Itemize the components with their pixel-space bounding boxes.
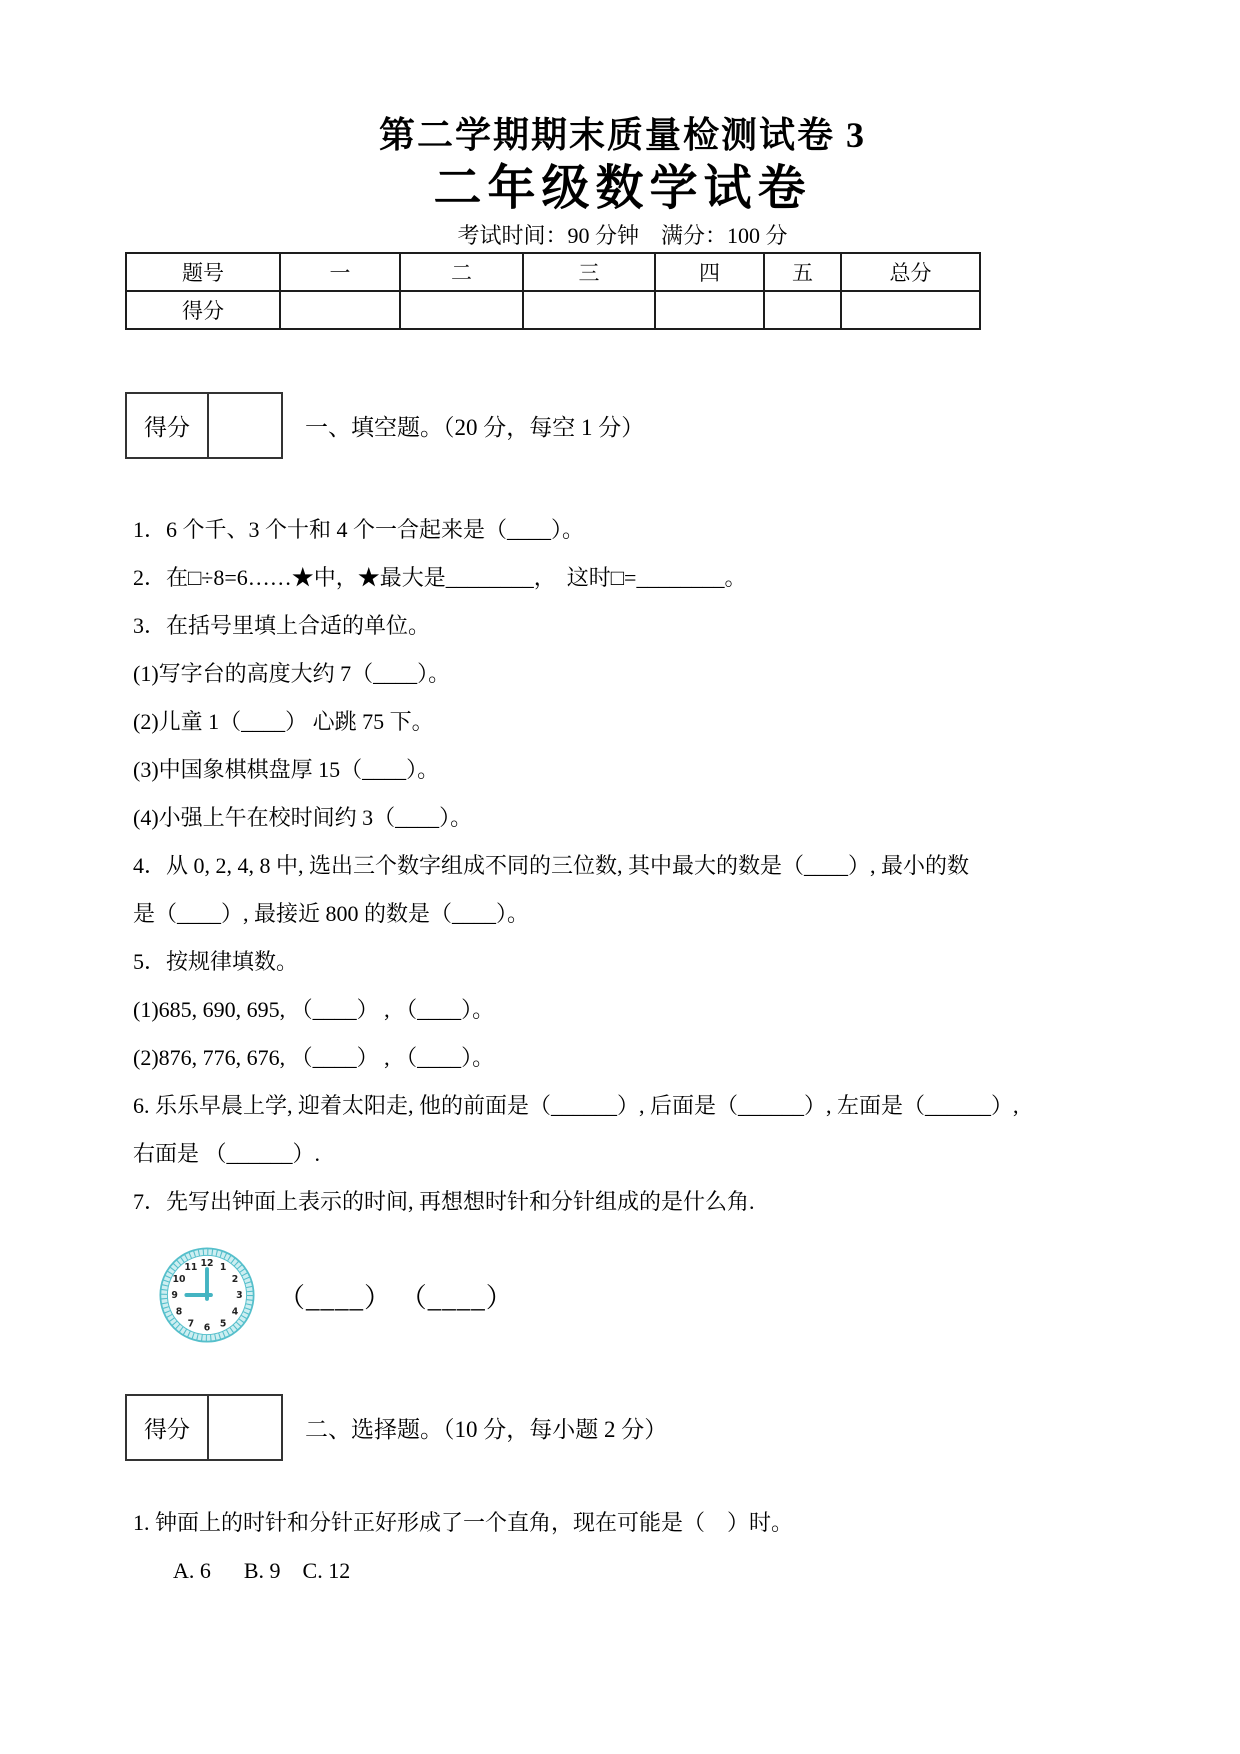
clock-number: 6 bbox=[204, 1323, 210, 1334]
clock-number: 5 bbox=[220, 1318, 226, 1329]
question-3-sub-3: (3)中国象棋棋盘厚 15（____）。 bbox=[133, 746, 1120, 794]
section-1-heading: 一、填空题。（20 分，每空 1 分） bbox=[305, 409, 644, 442]
clock-number: 11 bbox=[184, 1262, 197, 1273]
score-summary-table: 题号 一 二 三 四 五 总分 得分 bbox=[125, 252, 981, 330]
page-title: 第二学期期末质量检测试卷 3 bbox=[125, 112, 1120, 158]
question-4-line-2: 是（____）, 最接近 800 的数是（____）。 bbox=[133, 890, 1120, 938]
question-4-line-1: 4．从 0, 2, 4, 8 中, 选出三个数字组成不同的三位数, 其中最大的数… bbox=[133, 842, 1120, 890]
question-3: 3．在括号里填上合适的单位。 bbox=[133, 602, 1120, 650]
section-2-header: 得分 二、选择题。（10 分，每小题 2 分） bbox=[125, 1394, 1120, 1461]
exam-page: 第二学期期末质量检测试卷 3 二年级数学试卷 考试时间：90 分钟 满分：100… bbox=[0, 0, 1240, 1754]
clock-center-dot bbox=[204, 1292, 210, 1298]
question-2: 2．在□÷8=6……★中，★最大是________， 这时□=________。 bbox=[133, 554, 1120, 602]
score-row-label: 得分 bbox=[126, 291, 280, 329]
score-summary-header-row: 题号 一 二 三 四 五 总分 bbox=[126, 253, 980, 291]
header-cell-4: 四 bbox=[655, 253, 764, 291]
header-cell-qnum: 题号 bbox=[126, 253, 280, 291]
question-3-sub-4: (4)小强上午在校时间约 3（____）。 bbox=[133, 794, 1120, 842]
clock-answer-blanks: （____） （____） bbox=[278, 1276, 514, 1315]
header-cell-1: 一 bbox=[280, 253, 400, 291]
score-box-value-cell bbox=[208, 393, 282, 458]
score-input-cell bbox=[655, 291, 764, 329]
question-3-sub-2: (2)儿童 1（____） 心跳 75 下。 bbox=[133, 698, 1120, 746]
score-input-cell bbox=[841, 291, 980, 329]
section-2-questions: 1. 钟面上的时针和分针正好形成了一个直角，现在可能是（ ）时。 A. 6 B.… bbox=[125, 1499, 1120, 1595]
clock-number: 7 bbox=[188, 1318, 194, 1329]
question-1: 1．6 个千、3 个十和 4 个一合起来是（____）。 bbox=[133, 506, 1120, 554]
header-cell-5: 五 bbox=[764, 253, 841, 291]
score-box-value-cell bbox=[208, 1395, 282, 1460]
s2-question-1-options: A. 6 B. 9 C. 12 bbox=[133, 1547, 1120, 1595]
clock-number: 9 bbox=[171, 1290, 177, 1301]
question-6-line-2: 右面是 （______）. bbox=[133, 1130, 1120, 1178]
score-input-cell bbox=[400, 291, 523, 329]
clock-number: 8 bbox=[176, 1306, 182, 1317]
s2-question-1: 1. 钟面上的时针和分针正好形成了一个直角，现在可能是（ ）时。 bbox=[133, 1499, 1120, 1547]
clock-number: 1 bbox=[220, 1262, 226, 1273]
section-1-questions: 1．6 个千、3 个十和 4 个一合起来是（____）。 2．在□÷8=6……★… bbox=[125, 506, 1120, 1226]
clock-image: 1 2 3 4 5 6 7 8 9 10 11 12 bbox=[158, 1246, 256, 1344]
section-1-header: 得分 一、填空题。（20 分，每空 1 分） bbox=[125, 392, 1120, 459]
clock-number: 4 bbox=[232, 1306, 239, 1317]
score-box-label: 得分 bbox=[126, 1395, 208, 1460]
clock-number: 3 bbox=[236, 1290, 242, 1301]
section-1-score-box: 得分 bbox=[125, 392, 283, 459]
header-cell-2: 二 bbox=[400, 253, 523, 291]
question-5-sub-2: (2)876, 776, 676, （____） , （____）。 bbox=[133, 1034, 1120, 1082]
page-subtitle: 二年级数学试卷 bbox=[125, 160, 1120, 216]
header-cell-3: 三 bbox=[523, 253, 655, 291]
clock-number: 2 bbox=[232, 1274, 238, 1285]
question-6-line-1: 6. 乐乐早晨上学, 迎着太阳走, 他的前面是（______）, 后面是（___… bbox=[133, 1082, 1120, 1130]
question-5: 5．按规律填数。 bbox=[133, 938, 1120, 986]
question-5-sub-1: (1)685, 690, 695, （____） , （____）。 bbox=[133, 986, 1120, 1034]
score-summary-score-row: 得分 bbox=[126, 291, 980, 329]
score-input-cell bbox=[280, 291, 400, 329]
score-input-cell bbox=[523, 291, 655, 329]
section-2-heading: 二、选择题。（10 分，每小题 2 分） bbox=[305, 1411, 667, 1444]
section-2-score-box: 得分 bbox=[125, 1394, 283, 1461]
question-7-clock-row: 1 2 3 4 5 6 7 8 9 10 11 12 （____） （____） bbox=[125, 1246, 1120, 1344]
clock-number: 10 bbox=[172, 1274, 185, 1285]
exam-info: 考试时间：90 分钟 满分：100 分 bbox=[125, 222, 1120, 250]
score-box-label: 得分 bbox=[126, 393, 208, 458]
score-input-cell bbox=[764, 291, 841, 329]
question-7: 7．先写出钟面上表示的时间, 再想想时针和分针组成的是什么角. bbox=[133, 1178, 1120, 1226]
header-cell-total: 总分 bbox=[841, 253, 980, 291]
question-3-sub-1: (1)写字台的高度大约 7（____）。 bbox=[133, 650, 1120, 698]
